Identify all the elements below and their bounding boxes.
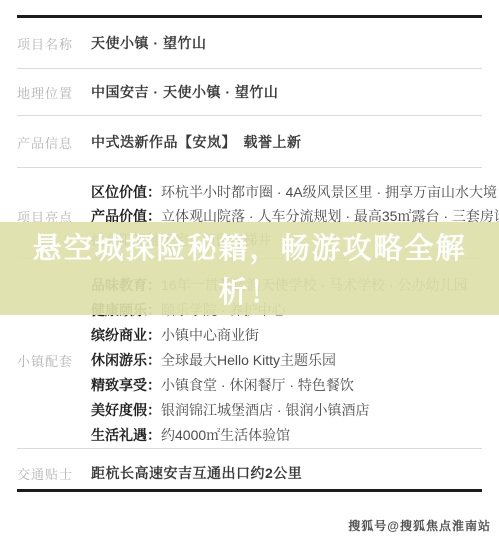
table-row-project-name: 项目名称 天使小镇 · 望竹山 bbox=[17, 18, 482, 69]
row-label: 产品信息 bbox=[17, 133, 91, 152]
table-row-location: 地理位置 中国安吉 · 天使小镇 · 望竹山 bbox=[17, 69, 482, 116]
line-tag: 生活礼遇： bbox=[91, 427, 161, 443]
property-info-sheet: 项目名称 天使小镇 · 望竹山 地理位置 中国安吉 · 天使小镇 · 望竹山 产… bbox=[0, 0, 499, 538]
row-label: 项目名称 bbox=[17, 34, 91, 53]
promo-banner-overlay: 悬空城探险秘籍，畅游攻略全解析！ bbox=[0, 222, 499, 315]
line-text: 小镇食堂 · 休闲餐厅 · 特色餐饮 bbox=[161, 377, 354, 393]
row-value: 天使小镇 · 望竹山 bbox=[91, 33, 482, 53]
line-text: 银润锦江城堡酒店 · 银润小镇酒店 bbox=[161, 402, 369, 418]
amenity-line: 美好度假：银润锦江城堡酒店 · 银润小镇酒店 bbox=[91, 398, 482, 423]
row-value: 中式迭新作品【安岚】 载誉上新 bbox=[91, 132, 482, 152]
amenity-line: 缤纷商业：小镇中心商业街 bbox=[91, 323, 482, 348]
bottom-rule bbox=[17, 489, 482, 492]
amenity-line: 休闲游乐：全球最大Hello Kitty主题乐园 bbox=[91, 348, 482, 373]
table-row-product-info: 产品信息 中式迭新作品【安岚】 载誉上新 bbox=[17, 116, 482, 168]
row-value: 距杭长高速安吉互通出口约2公里 bbox=[91, 463, 482, 483]
row-label: 小镇配套 bbox=[17, 351, 91, 370]
row-value: 中国安吉 · 天使小镇 · 望竹山 bbox=[91, 82, 482, 102]
line-tag: 精致享受： bbox=[91, 377, 161, 393]
line-tag: 区位价值： bbox=[91, 184, 161, 200]
row-label: 地理位置 bbox=[17, 83, 91, 102]
line-tag: 缤纷商业： bbox=[91, 327, 161, 343]
sohu-watermark: 搜狐号@搜狐焦点淮南站 bbox=[348, 517, 491, 534]
line-text: 小镇中心商业街 bbox=[161, 327, 259, 343]
line-tag: 美好度假： bbox=[91, 402, 161, 418]
promo-banner-title: 悬空城探险秘籍，畅游攻略全解析！ bbox=[30, 227, 470, 315]
line-text: 环杭半小时都市圈 · 4A级风景区里 · 拥享万亩山水大境 bbox=[161, 184, 497, 200]
amenity-line: 精致享受：小镇食堂 · 休闲餐厅 · 特色餐饮 bbox=[91, 373, 482, 398]
line-text: 约4000㎡生活体验馆 bbox=[161, 427, 290, 443]
highlight-line: 区位价值：环杭半小时都市圈 · 4A级风景区里 · 拥享万亩山水大境 bbox=[91, 180, 499, 204]
line-tag: 休闲游乐： bbox=[91, 352, 161, 368]
amenity-line: 生活礼遇：约4000㎡生活体验馆 bbox=[91, 423, 482, 448]
row-label: 交通贴士 bbox=[17, 464, 91, 483]
line-text: 全球最大Hello Kitty主题乐园 bbox=[161, 352, 336, 368]
